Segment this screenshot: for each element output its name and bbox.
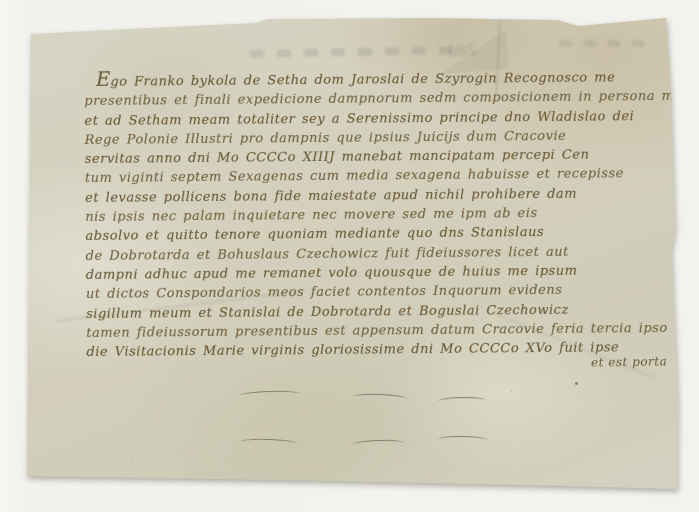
seal-slit: [352, 439, 404, 449]
verso-showthrough-marks: [560, 40, 650, 47]
seal-slit: [238, 390, 300, 400]
photo-background: 280 Ego Franko bykola de Setha dom Jaros…: [0, 0, 699, 512]
seal-slit: [352, 393, 407, 403]
manuscript-text-block: Ego Franko bykola de Setha dom Jaroslai …: [84, 65, 672, 363]
seal-slit: [438, 436, 488, 445]
ink-speck: [575, 382, 578, 385]
verso-showthrough-marks: [250, 46, 460, 58]
seal-slit: [438, 397, 486, 406]
seal-slit: [240, 438, 298, 448]
parchment-surface: 280 Ego Franko bykola de Setha dom Jaros…: [0, 0, 699, 512]
faint-archival-number: 280: [447, 42, 477, 61]
manuscript-closing-line: et est porta: [591, 355, 667, 368]
parchment: 280 Ego Franko bykola de Setha dom Jaros…: [0, 0, 699, 512]
